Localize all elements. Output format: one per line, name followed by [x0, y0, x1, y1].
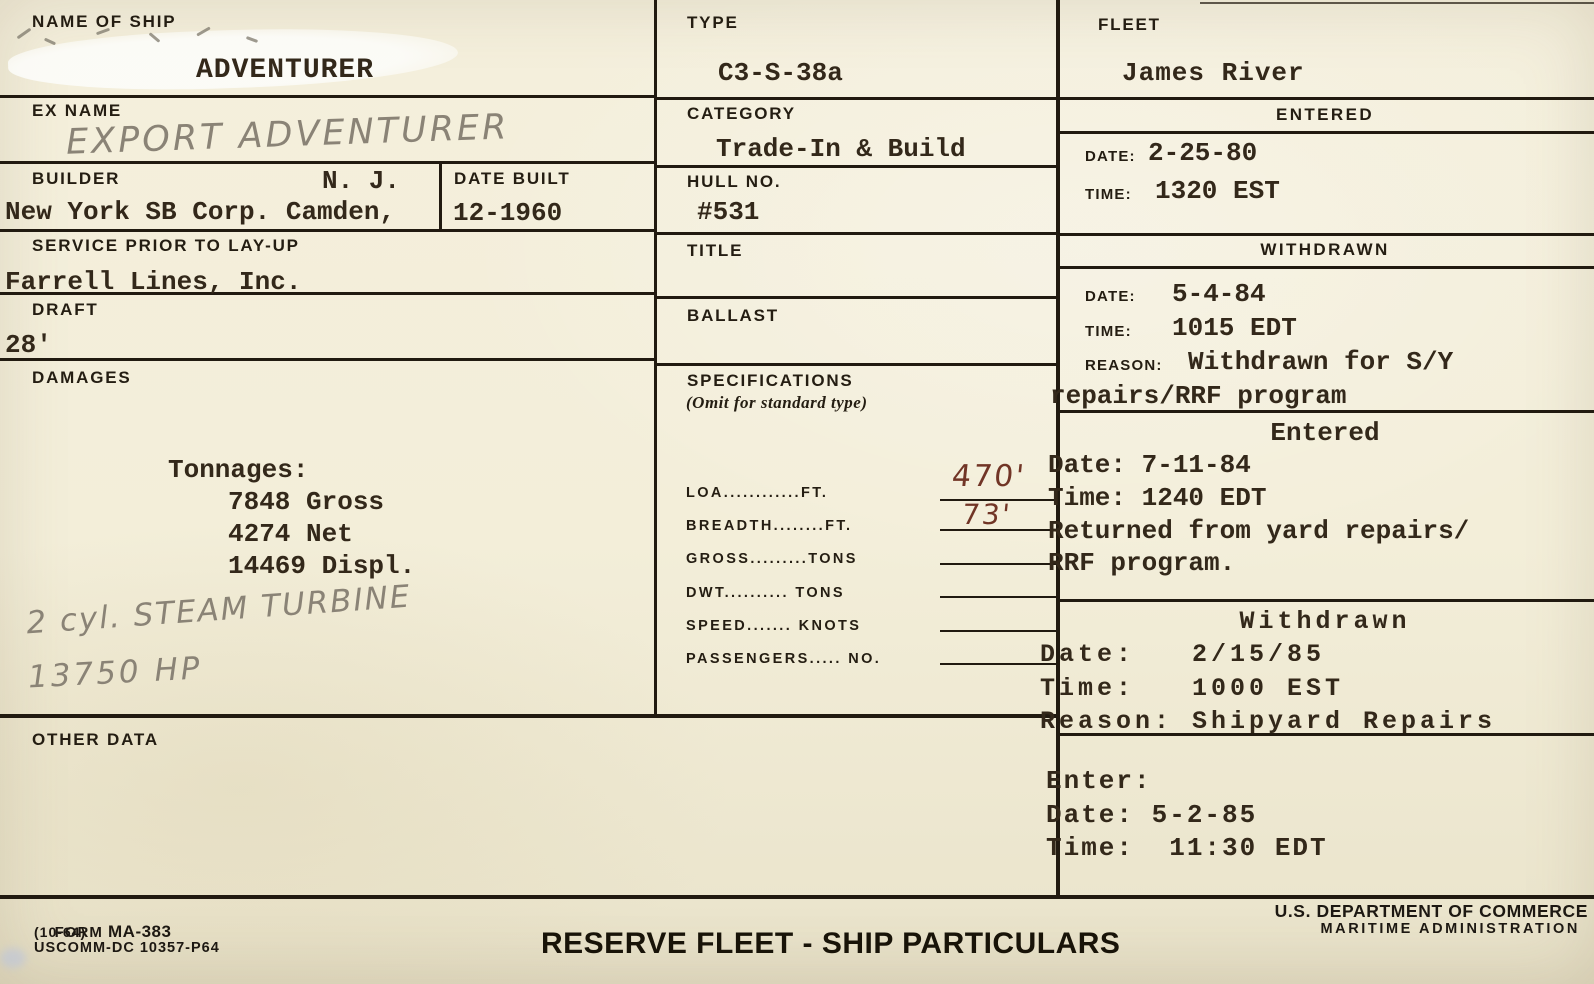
builder-value-overflow: N. J. — [322, 166, 400, 196]
builder-label: BUILDER — [32, 169, 120, 189]
spec-speed-label: SPEED....... KNOTS — [686, 618, 861, 634]
rule-above-otherdata — [0, 714, 1058, 718]
ex-name-label: EX NAME — [32, 101, 122, 121]
spec-underline-dwt — [940, 596, 1058, 598]
entered2-header: Entered — [1056, 418, 1594, 448]
rule-below-entered-cell — [1056, 233, 1594, 236]
rule-below-hullno — [654, 232, 1060, 235]
type-label: TYPE — [687, 13, 739, 33]
form-revision: (10-64) — [34, 924, 86, 940]
entered2-line-date: Date: 7-11-84 — [1048, 450, 1251, 480]
rule-below-type — [654, 97, 1060, 100]
tonnages-heading: Tonnages: — [168, 455, 308, 485]
rule-below-builder — [0, 229, 657, 232]
entered-time-value: 1320 EST — [1155, 176, 1280, 206]
entered3-line-time: Time: 11:30 EDT — [1046, 833, 1328, 863]
rule-below-fleet — [1056, 97, 1594, 100]
entered-date-value: 2-25-80 — [1148, 138, 1257, 168]
entered3-line-date: Date: 5-2-85 — [1046, 800, 1257, 830]
rule-below-entered-header — [1056, 131, 1594, 134]
rule-below-draft — [0, 358, 657, 361]
withdrawn-reason-value: Withdrawn for S/Y — [1188, 347, 1453, 377]
rule-below-ballast — [654, 363, 1060, 366]
spec-breadth-label: BREADTH........FT. — [686, 518, 852, 534]
spec-breadth-value-handwritten: 73' — [960, 498, 1013, 531]
rule-below-withdrawn-header — [1056, 266, 1594, 269]
withdrawn-header: WITHDRAWN — [1056, 240, 1594, 260]
date-built-value: 12-1960 — [453, 198, 562, 228]
divider-builder-datebuilt — [439, 163, 442, 232]
spec-passengers-label: PASSENGERS..... NO. — [686, 651, 881, 667]
rule-below-title — [654, 296, 1060, 299]
entered-date-label: DATE: — [1085, 148, 1136, 165]
withdrawn-time-value: 1015 EDT — [1172, 313, 1297, 343]
withdrawn-reason-continuation: repairs/RRF program — [1050, 381, 1346, 411]
withdrawn2-line-date: Date: 2/15/85 — [1040, 640, 1325, 669]
entered2-line-note1: Returned from yard repairs/ — [1048, 516, 1469, 546]
entered-header: ENTERED — [1056, 105, 1594, 125]
category-label: CATEGORY — [687, 104, 796, 124]
spec-underline-speed — [940, 630, 1058, 632]
rule-below-name — [0, 95, 657, 98]
rule-below-category — [654, 165, 1060, 168]
builder-value: New York SB Corp. Camden, — [5, 197, 395, 227]
form-code: USCOMM-DC 10357-P64 — [34, 940, 220, 956]
rule-below-entered2-cell — [1056, 599, 1594, 602]
specifications-note: (Omit for standard type) — [686, 393, 868, 413]
spec-loa-label: LOA............FT. — [686, 485, 828, 501]
ex-name-value-handwritten: EXPORT ADVENTURER — [65, 107, 510, 162]
fleet-label: FLEET — [1098, 15, 1161, 35]
hull-no-label: HULL NO. — [687, 172, 781, 192]
tonnage-displ: 14469 Displ. — [228, 551, 415, 581]
form-number: MA-383 — [108, 922, 171, 941]
draft-value: 28' — [5, 330, 52, 360]
spec-gross-label: GROSS.........TONS — [686, 551, 858, 567]
card-top-edge — [1200, 2, 1594, 4]
withdrawn-date-value: 5-4-84 — [1172, 279, 1266, 309]
agency-division: MARITIME ADMINISTRATION — [1320, 921, 1580, 937]
pencil-scribble-mark — [17, 28, 32, 40]
date-built-label: DATE BUILT — [454, 169, 571, 189]
spec-dwt-label: DWT.......... TONS — [686, 585, 845, 601]
divider-mid-right-column — [1056, 0, 1060, 897]
scan-smudge — [0, 948, 26, 968]
withdrawn2-line-reason: Reason: Shipyard Repairs — [1040, 707, 1496, 736]
withdrawn2-header: Withdrawn — [1056, 607, 1594, 636]
specifications-label: SPECIFICATIONS — [687, 371, 854, 391]
withdrawn-time-label: TIME: — [1085, 323, 1132, 340]
entered3-line-enter: Enter: — [1046, 766, 1152, 796]
category-value: Trade-In & Build — [716, 134, 966, 164]
tonnage-net: 4274 Net — [228, 519, 353, 549]
draft-label: DRAFT — [32, 300, 99, 320]
type-value: C3-S-38a — [718, 58, 843, 88]
tonnage-gross: 7848 Gross — [228, 487, 384, 517]
spec-underline-gross — [940, 563, 1058, 565]
card-footer-title: RESERVE FLEET - SHIP PARTICULARS — [541, 927, 1120, 961]
damages-handwritten-hp: 13750 HP — [27, 650, 203, 695]
damages-handwritten-engine: 2 cyl. STEAM TURBINE — [25, 579, 412, 642]
hull-no-value: #531 — [697, 197, 759, 227]
entered2-line-time: Time: 1240 EDT — [1048, 483, 1266, 513]
agency-name: U.S. DEPARTMENT OF COMMERCE — [1275, 901, 1588, 922]
name-of-ship-value: ADVENTURER — [196, 55, 374, 86]
withdrawn-reason-label: REASON: — [1085, 357, 1163, 374]
ballast-label: BALLAST — [687, 306, 779, 326]
other-data-label: OTHER DATA — [32, 730, 159, 750]
spec-loa-value-handwritten: 470' — [950, 459, 1027, 494]
withdrawn-date-label: DATE: — [1085, 288, 1136, 305]
title-label: TITLE — [687, 241, 743, 261]
entered-time-label: TIME: — [1085, 186, 1132, 203]
fleet-value: James River — [1122, 58, 1305, 88]
damages-label: DAMAGES — [32, 368, 132, 388]
withdrawn2-line-time: Time: 1000 EST — [1040, 674, 1344, 703]
rule-card-bottom — [0, 895, 1594, 899]
pencil-scribble-mark — [44, 38, 56, 46]
service-prior-label: SERVICE PRIOR TO LAY-UP — [32, 236, 300, 256]
entered2-line-note2: RRF program. — [1048, 548, 1235, 578]
ship-particulars-card: NAME OF SHIP ADVENTURER EX NAME EXPORT A… — [0, 0, 1594, 984]
service-prior-value: Farrell Lines, Inc. — [5, 267, 301, 297]
